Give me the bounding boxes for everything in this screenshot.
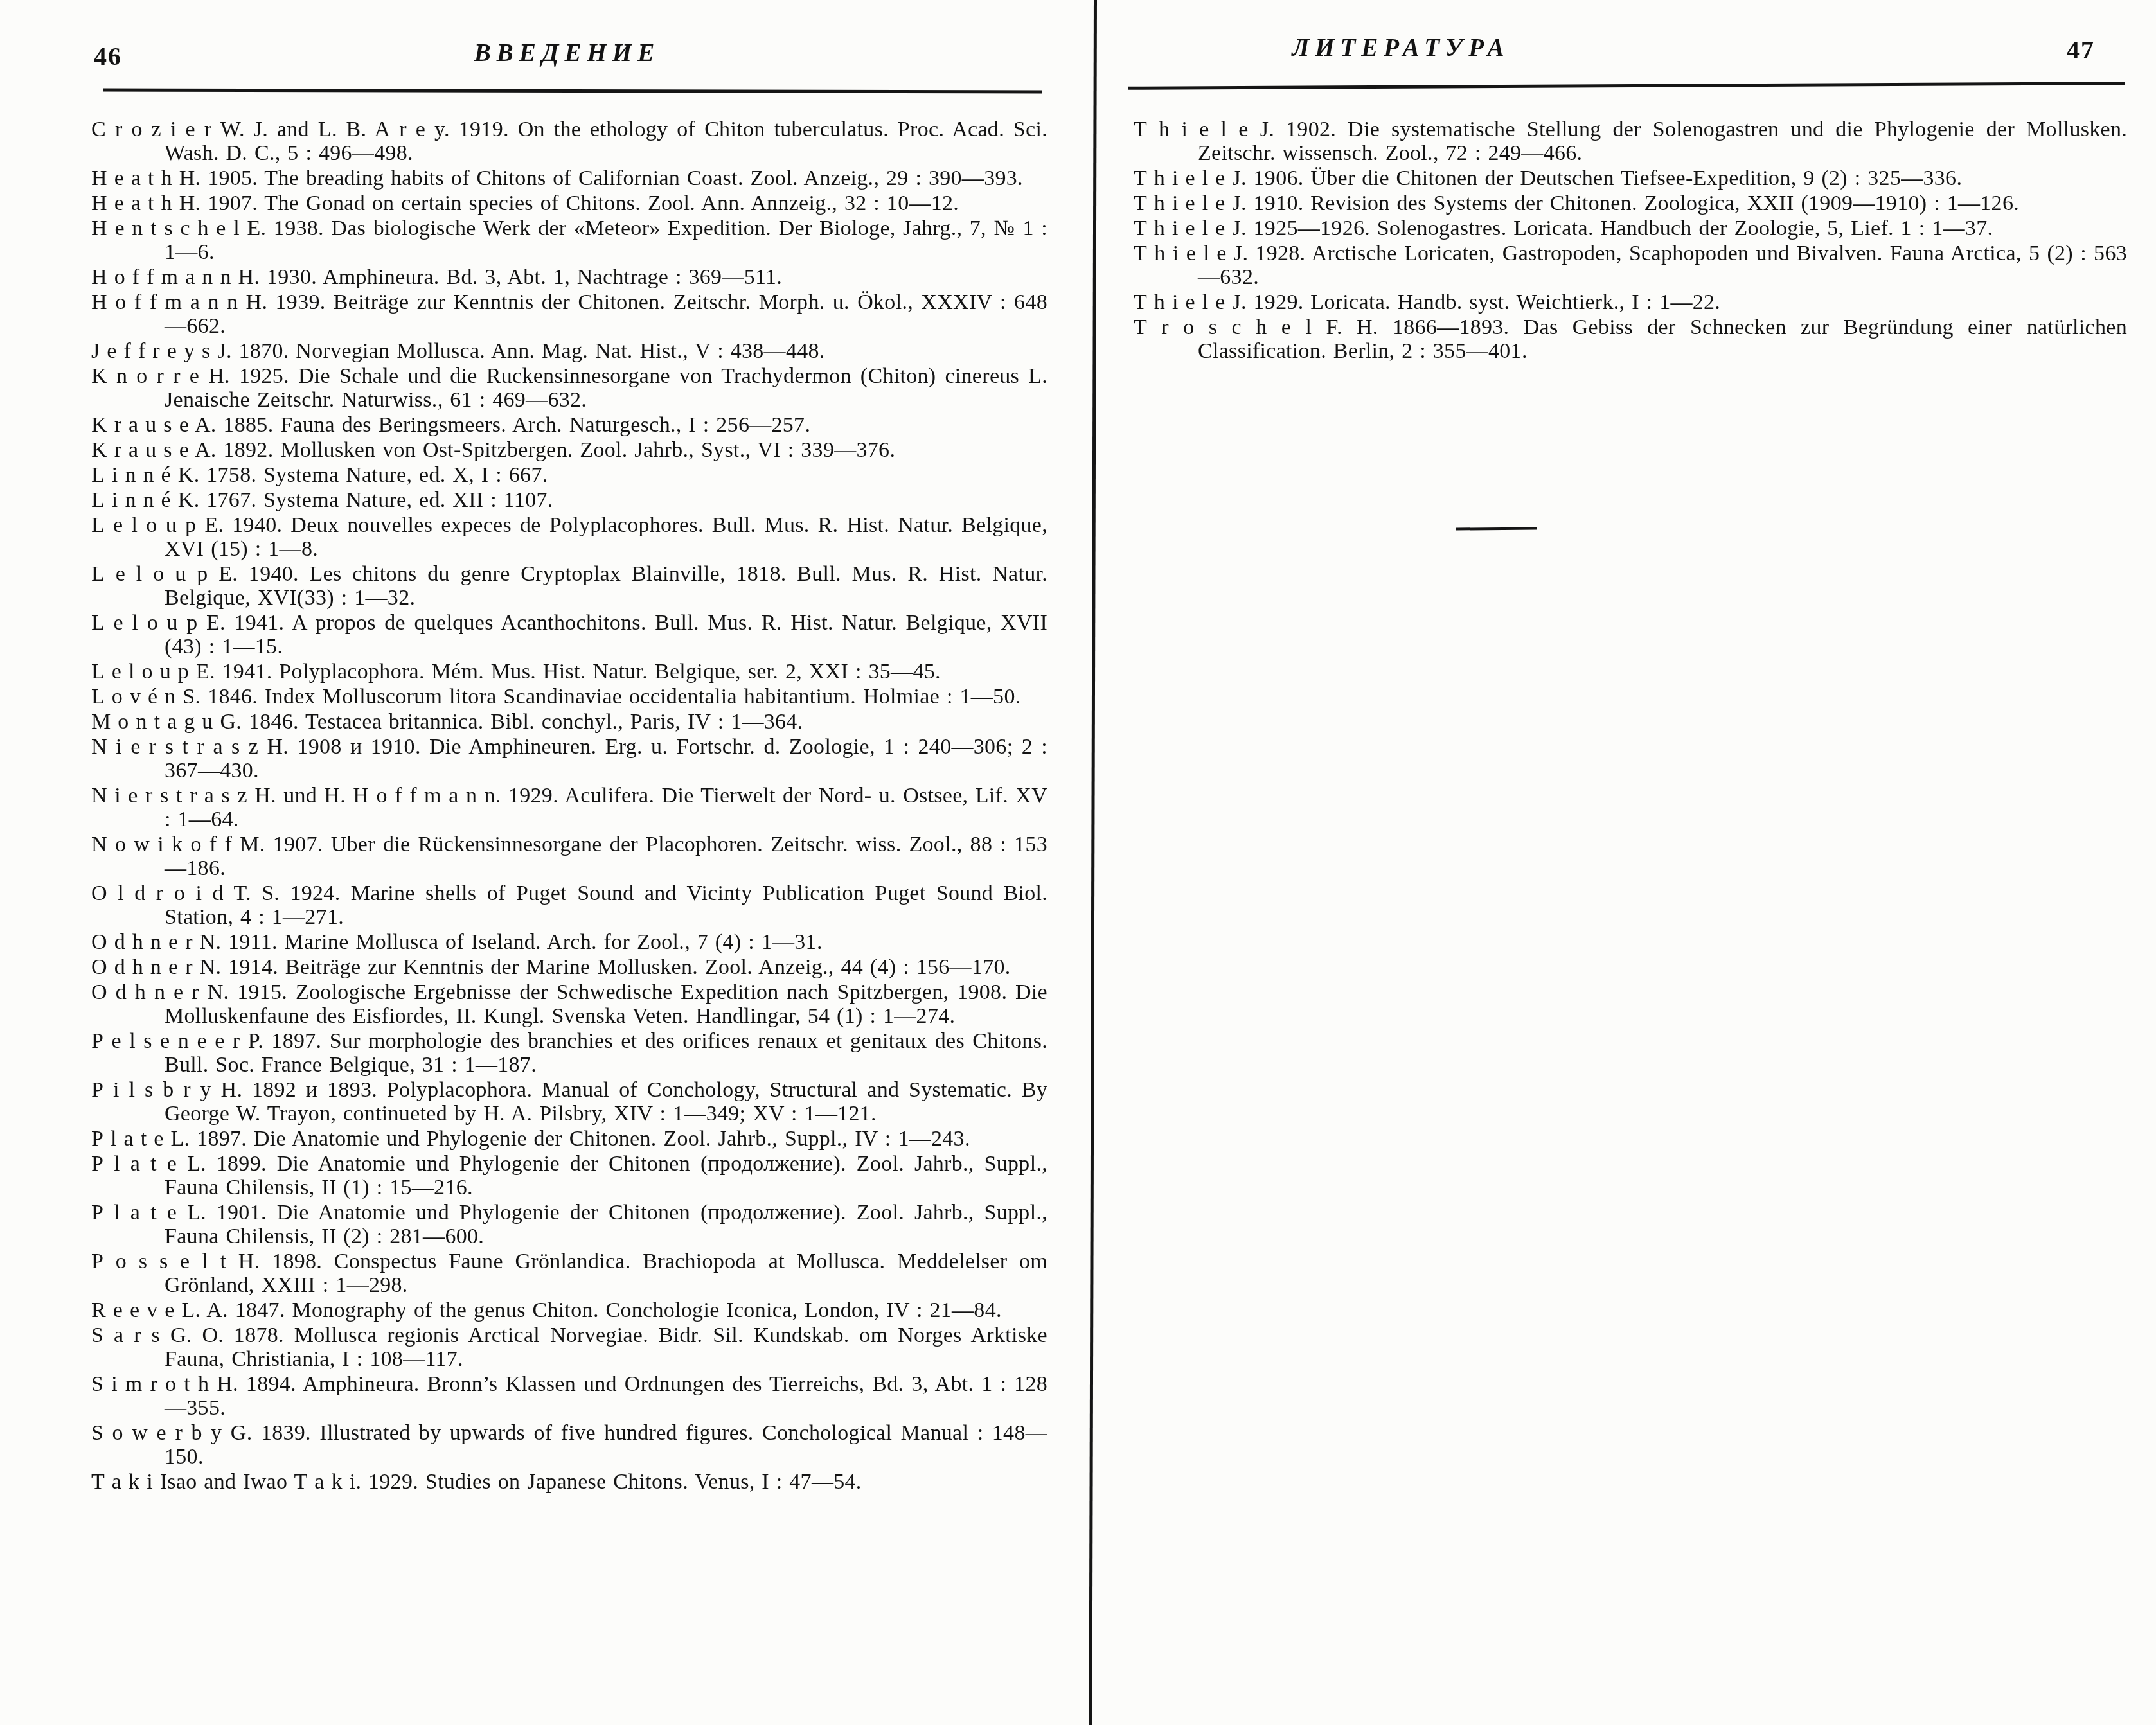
bib-entry: P e l s e n e e r P. 1897. Sur morpholog…: [91, 1029, 1047, 1077]
bib-entry: N i e r s t r a s z H. 1908 и 1910. Die …: [91, 735, 1047, 783]
bib-entry: P l a t e L. 1899. Die Anatomie und Phyl…: [91, 1152, 1047, 1199]
bib-entry: C r o z i e r W. J. and L. B. A r e y. 1…: [91, 118, 1047, 165]
bib-entry: K n o r r e H. 1925. Die Schale und die …: [91, 364, 1047, 412]
running-head-right: ЛИТЕРАТУРА: [1176, 33, 1626, 62]
bib-entry: L e l o u p E. 1941. A propos de quelque…: [91, 611, 1047, 659]
bib-entry: L o v é n S. 1846. Index Molluscorum lit…: [91, 685, 1047, 709]
bib-entry: L i n n é K. 1767. Systema Nature, ed. X…: [91, 488, 1047, 512]
bib-entry: H e a t h H. 1907. The Gonad on certain …: [91, 191, 1047, 215]
bib-entry: T h i e l e J. 1902. Die systematische S…: [1134, 118, 2127, 165]
bib-entry: T h i e l e J. 1906. Über die Chitonen d…: [1134, 166, 2127, 190]
bib-entry: P i l s b r y H. 1892 и 1893. Polyplacop…: [91, 1078, 1047, 1126]
bib-entry: O d h n e r N. 1915. Zoologische Ergebni…: [91, 980, 1047, 1028]
bib-entry: J e f f r e y s J. 1870. Norvegian Mollu…: [91, 339, 1047, 363]
bib-entry: S a r s G. O. 1878. Mollusca regionis Ar…: [91, 1323, 1047, 1371]
bib-entry: S o w e r b y G. 1839. Illustrated by up…: [91, 1421, 1047, 1469]
page-number-right: 47: [2067, 35, 2095, 65]
bib-entry: L e l o u p E. 1941. Polyplacophora. Mém…: [91, 660, 1047, 684]
bibliography-column-left: C r o z i e r W. J. and L. B. A r e y. 1…: [91, 118, 1047, 1495]
bib-entry: S i m r o t h H. 1894. Amphineura. Bronn…: [91, 1372, 1047, 1420]
bib-entry: P l a t e L. 1901. Die Anatomie und Phyl…: [91, 1201, 1047, 1248]
bib-entry: O l d r o i d T. S. 1924. Marine shells …: [91, 881, 1047, 929]
column-divider: [1089, 0, 1097, 1725]
bib-entry: H e a t h H. 1905. The breading habits o…: [91, 166, 1047, 190]
bib-entry: N o w i k o f f M. 1907. Uber die Rücken…: [91, 833, 1047, 880]
bib-entry: H o f f m a n n H. 1930. Amphineura. Bd.…: [91, 265, 1047, 289]
bib-entry: T r o s c h e l F. H. 1866—1893. Das Geb…: [1134, 315, 2127, 363]
header-rule-left: [103, 88, 1042, 93]
bib-entry: T a k i Isao and Iwao T a k i. 1929. Stu…: [91, 1470, 1047, 1494]
book-spread: 46 ВВЕДЕНИЕ ЛИТЕРАТУРА 47 C r o z i e r …: [0, 0, 2156, 1725]
bib-entry: T h i e l e J. 1928. Arctische Loricaten…: [1134, 242, 2127, 289]
bib-entry: R e e v e L. A. 1847. Monography of the …: [91, 1298, 1047, 1322]
bib-entry: L e l o u p E. 1940. Les chitons du genr…: [91, 562, 1047, 610]
bib-entry: T h i e l e J. 1925—1926. Solenogastres.…: [1134, 217, 2127, 240]
bib-entry: O d h n e r N. 1911. Marine Mollusca of …: [91, 930, 1047, 954]
header-rule-right: [1128, 82, 2125, 90]
section-divider-rule: [1456, 527, 1537, 530]
bibliography-column-right: T h i e l e J. 1902. Die systematische S…: [1134, 118, 2127, 364]
bib-entry: M o n t a g u G. 1846. Testacea britanni…: [91, 710, 1047, 734]
bib-entry: H e n t s c h e l E. 1938. Das biologisc…: [91, 217, 1047, 264]
bib-entry: T h i e l e J. 1910. Revision des System…: [1134, 191, 2127, 215]
bib-entry: N i e r s t r a s z H. und H. H o f f m …: [91, 784, 1047, 831]
bib-entry: L i n n é K. 1758. Systema Nature, ed. X…: [91, 463, 1047, 487]
bib-entry: P o s s e l t H. 1898. Conspectus Faune …: [91, 1250, 1047, 1297]
bib-entry: O d h n e r N. 1914. Beiträge zur Kenntn…: [91, 955, 1047, 979]
bib-entry: H o f f m a n n H. 1939. Beiträge zur Ke…: [91, 290, 1047, 338]
running-head-left: ВВЕДЕНИЕ: [90, 39, 1044, 67]
bib-entry: L e l o u p E. 1940. Deux nouvelles expe…: [91, 513, 1047, 561]
bib-entry: K r a u s e A. 1885. Fauna des Beringsme…: [91, 413, 1047, 437]
bib-entry: K r a u s e A. 1892. Mollusken von Ost-S…: [91, 438, 1047, 462]
bib-entry: T h i e l e J. 1929. Loricata. Handb. sy…: [1134, 290, 2127, 314]
bib-entry: P l a t e L. 1897. Die Anatomie und Phyl…: [91, 1127, 1047, 1151]
